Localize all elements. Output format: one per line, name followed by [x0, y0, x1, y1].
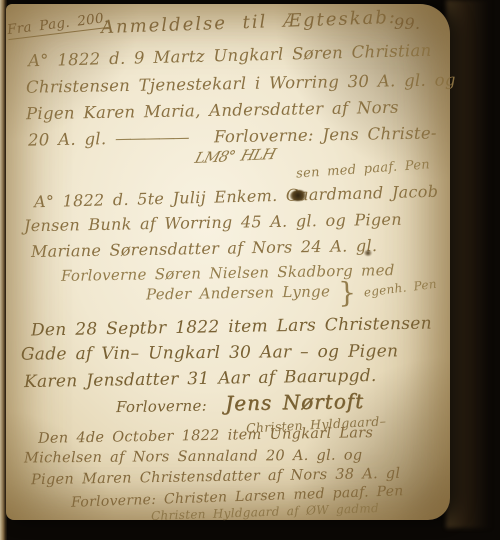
entry4-line1: Den 4de October 1822 item Ungkarl Lars	[38, 425, 373, 447]
entry2-line3: Mariane Sørensdatter af Nors 24 A. gl.	[31, 236, 378, 261]
entry2-line1: A° 1822 d. 5te Julij Enkem. Gaardmand Ja…	[34, 182, 439, 212]
entry2-signature-note: egenh. Pen	[364, 277, 439, 300]
entry1-signature-scribble: LM8° HLH	[193, 145, 277, 167]
entry1-signature-continuation: sen med paaf. Pen	[296, 157, 431, 181]
page-number: 99.	[394, 14, 420, 33]
scanned-register-page: Fra Pag. 200. Anmeldelse til Ægteskab: 9…	[0, 0, 500, 540]
entry3-forlovere: Forloverne: Jens Nørtoft	[116, 389, 364, 417]
page-title: Anmeldelse til Ægteskab:	[101, 7, 398, 38]
margin-note-from-page: Fra Pag. 200.	[6, 10, 109, 40]
ink-blot	[290, 190, 306, 201]
entry3-line3: Karen Jensdatter 31 Aar af Baarupgd.	[24, 366, 377, 392]
entry2-line2: Jensen Bunk af Worring 45 A. gl. og Pige…	[24, 210, 402, 236]
entry3-line2: Gade af Vin– Ungkarl 30 Aar – og Pigen	[21, 341, 398, 364]
entry3-signature: Jens Nørtoft	[225, 389, 364, 415]
brace-glyph: }	[338, 276, 357, 309]
paper-sheet: Fra Pag. 200. Anmeldelse til Ægteskab: 9…	[6, 4, 450, 520]
entry4-line2: Michelsen af Nors Sannaland 20 A. gl. og	[24, 448, 363, 467]
entry1-forlovere: Forloverne: Jens Christe-	[214, 123, 437, 146]
entry1-line4: 20 A. gl. ————— Forloverne: Jens Christe…	[28, 123, 437, 149]
entry1-line2: Christensen Tjenestekarl i Worring 30 A.…	[26, 70, 456, 96]
entry3-forlovere-label: Forloverne:	[116, 397, 207, 417]
entry1-dash-stroke: —————	[115, 128, 188, 148]
handwritten-content: Fra Pag. 200. Anmeldelse til Ægteskab: 9…	[6, 4, 450, 520]
entry1-line1: A° 1822 d. 9 Martz Ungkarl Søren Christi…	[28, 41, 432, 71]
entry3-line1: Den 28 Septbr 1822 item Lars Christensen	[31, 314, 432, 341]
entry1-line3: Pigen Karen Maria, Andersdatter af Nors	[26, 98, 399, 124]
entry2-witness-name: Peder Andersen Lynge	[146, 282, 330, 303]
entry1-age: 20 A. gl.	[28, 129, 107, 149]
entry2-witness-line: Peder Andersen Lynge } egenh. Pen	[146, 280, 438, 303]
ink-spot	[364, 250, 372, 256]
